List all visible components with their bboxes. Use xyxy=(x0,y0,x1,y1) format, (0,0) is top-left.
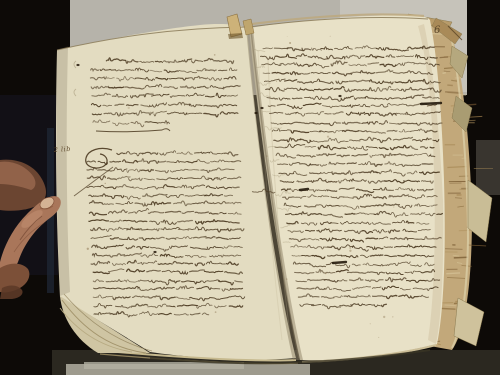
background-right-patch xyxy=(476,140,500,195)
margin-annotation: 2 lib xyxy=(53,145,72,154)
page-number: 6 xyxy=(434,25,441,36)
photo-manuscript-book: 6 2 lib xyxy=(0,0,500,375)
manuscript-scene: 6 2 lib xyxy=(0,0,500,375)
